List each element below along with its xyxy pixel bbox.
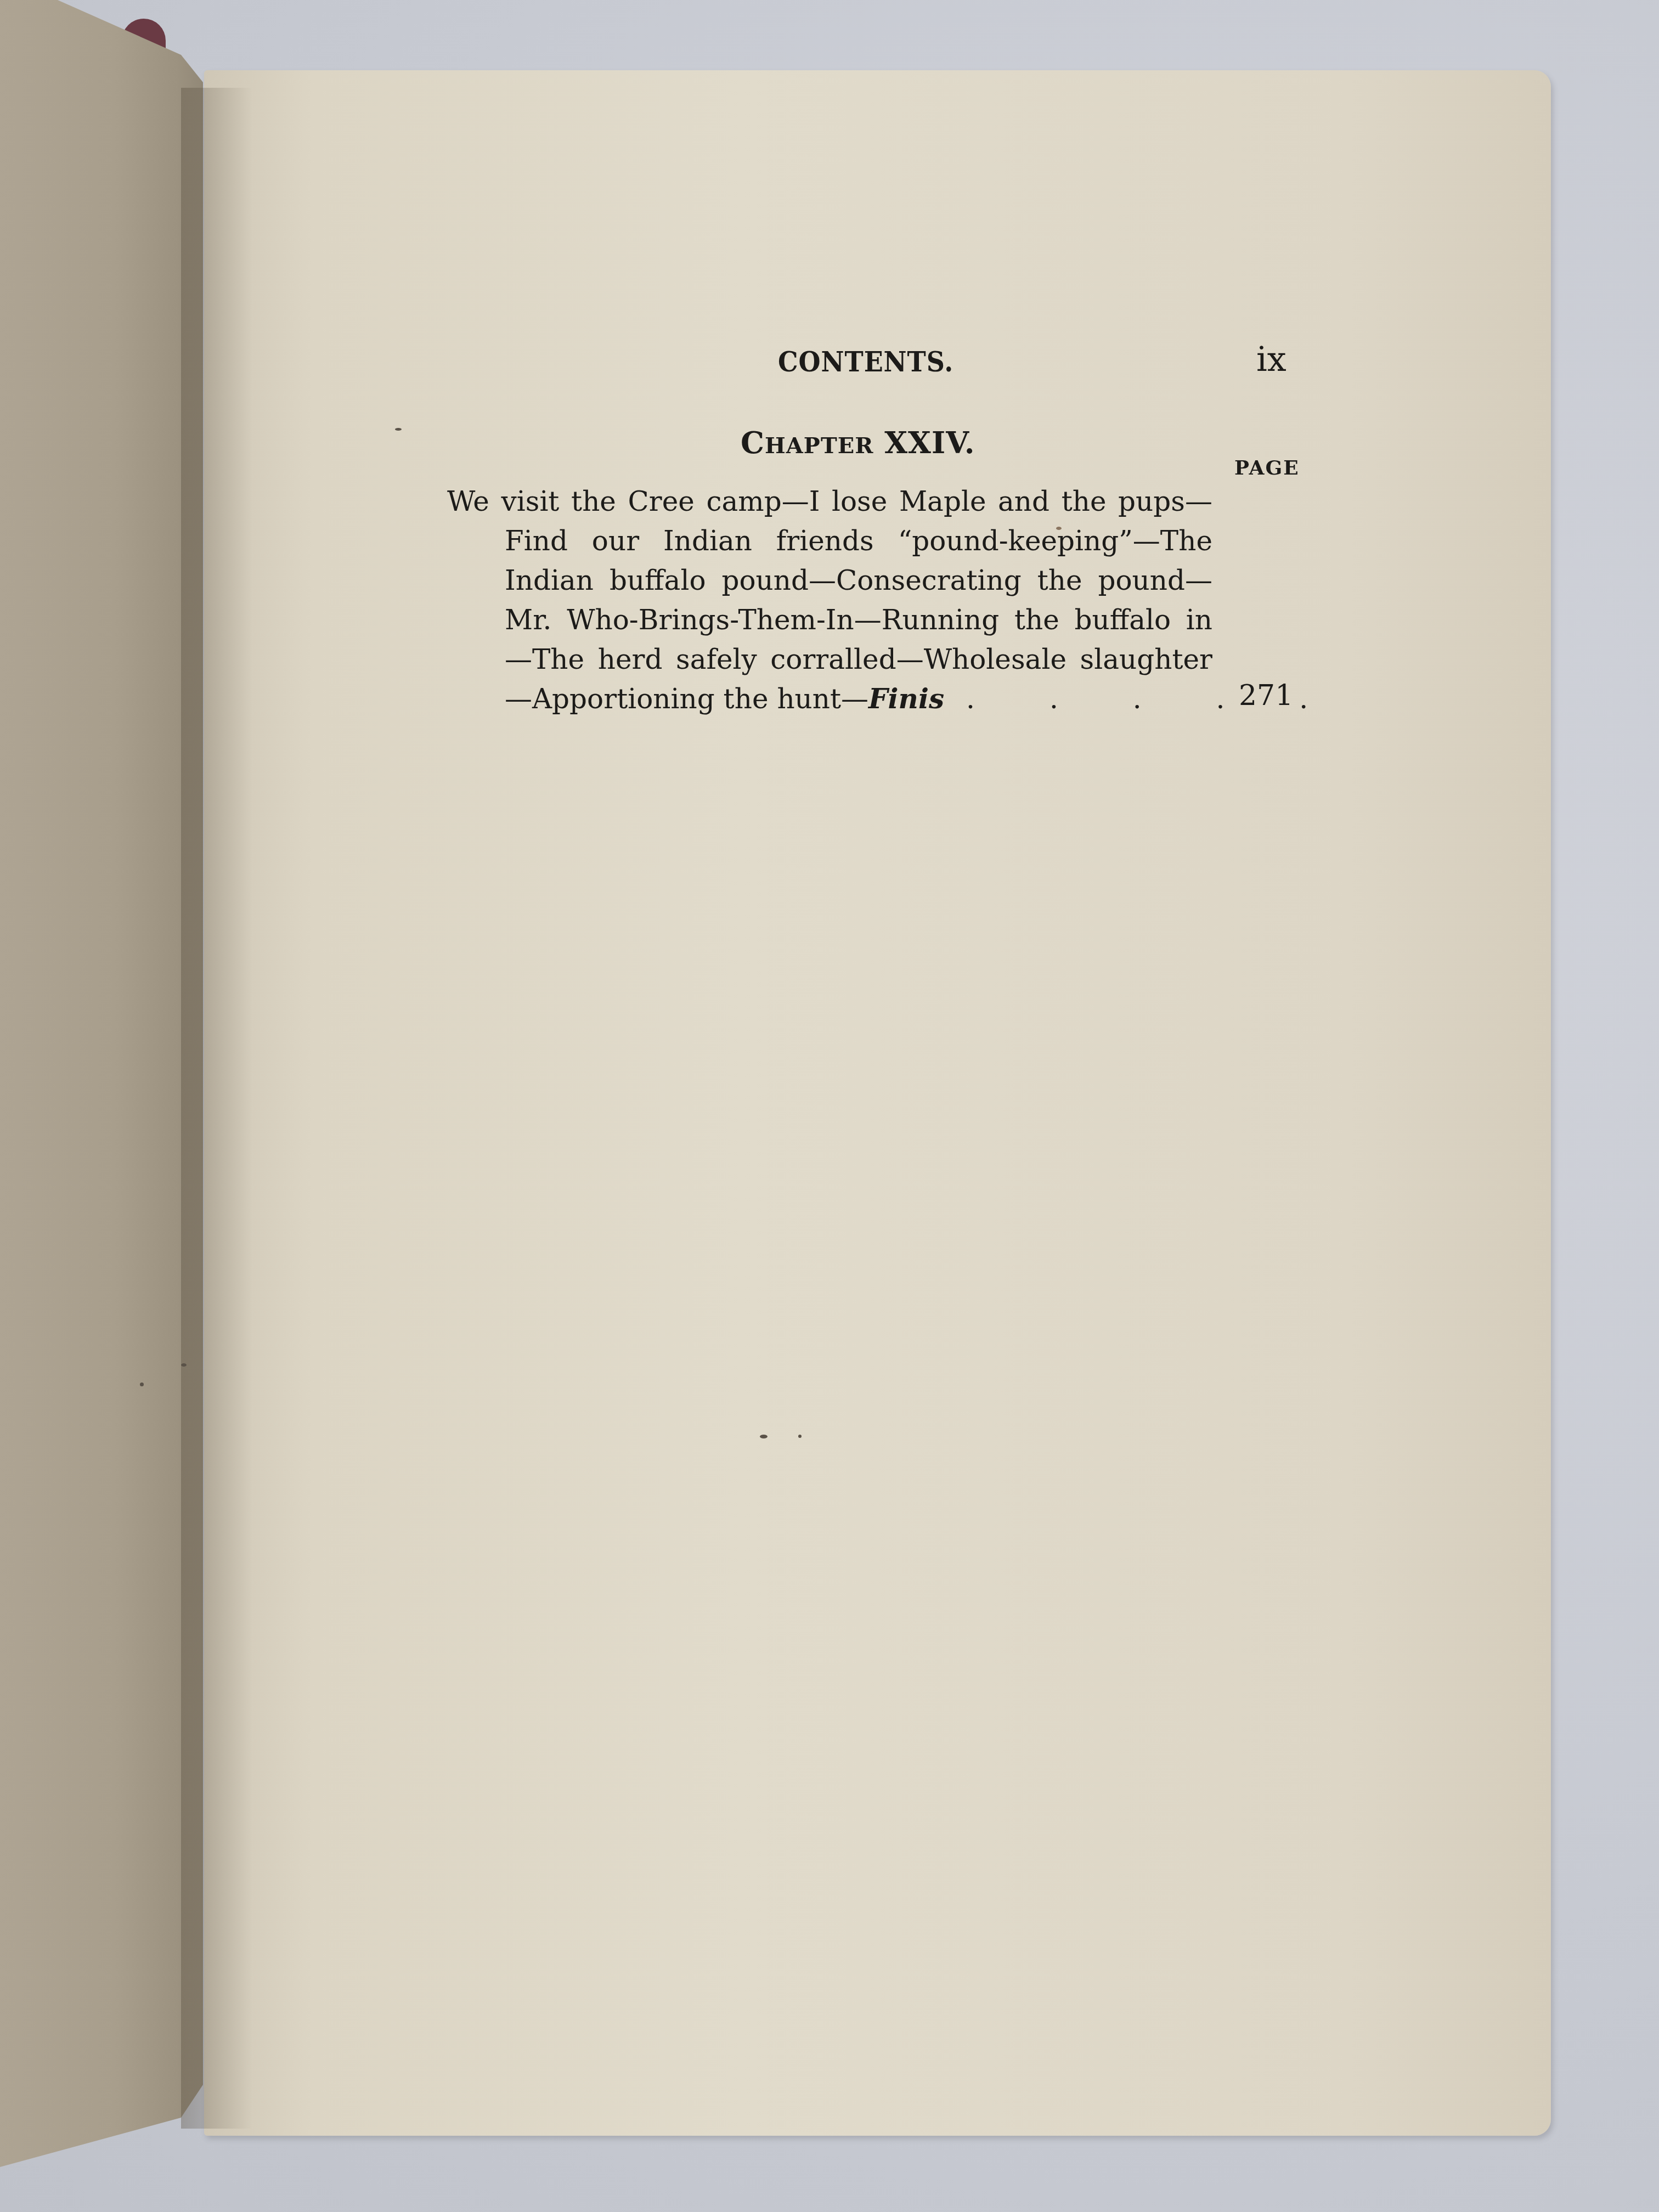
page-folio: ix	[1256, 339, 1286, 379]
chapter-numeral: XXIV.	[884, 425, 975, 460]
finis-text: Finis	[868, 679, 944, 719]
paper-speck	[798, 1435, 802, 1438]
paper-speck	[395, 428, 402, 431]
chapter-heading: CHAPTER XXIV.	[741, 425, 975, 460]
chapter-heading-initial: C	[741, 425, 765, 460]
summary-line: —The herd safely corralled—Wholesale sla…	[447, 640, 1215, 679]
paper-speck	[1056, 527, 1062, 530]
running-head: CONTENTS.	[778, 346, 953, 378]
summary-line: Find our Indian friends “pound-keeping”—…	[447, 521, 1215, 561]
summary-line-last: —Apportioning the hunt—Finis. . . . .	[447, 679, 1215, 719]
summary-line: We visit the Cree camp—I lose Maple and …	[447, 482, 1215, 521]
summary-line: Indian buffalo pound—Consecrating the po…	[447, 561, 1215, 600]
summary-line: Mr. Who-Brings-Them-In—Running the buffa…	[447, 600, 1215, 640]
chapter-summary: We visit the Cree camp—I lose Maple and …	[447, 482, 1215, 719]
paper-speck	[181, 1363, 187, 1367]
paper-speck	[140, 1383, 144, 1386]
chapter-page-number: 271	[1239, 679, 1293, 712]
paper-speck	[760, 1435, 768, 1438]
page-content: CONTENTS. ix CHAPTER XXIV. PAGE We visit…	[0, 0, 1659, 2212]
chapter-heading-smallcaps: HAPTER	[765, 433, 873, 459]
page-column-label: PAGE	[1234, 456, 1300, 479]
